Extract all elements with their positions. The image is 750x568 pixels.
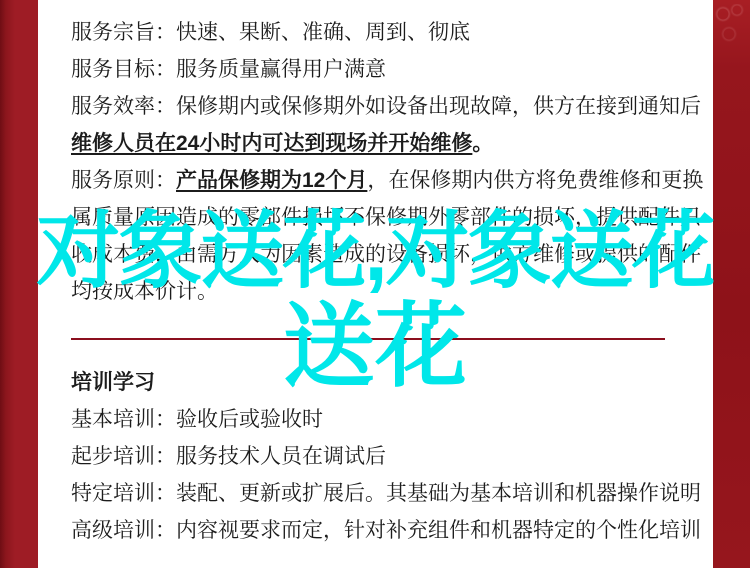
text-line: 高级培训：内容视要求而定，针对补充组件和机器特定的个性化培训 — [71, 512, 695, 549]
text-line: 服务原则：产品保修期为12个月，在保修期内供方将免费维修和更换 — [71, 162, 695, 199]
text-segment: 服务目标：服务质量赢得用户满意 — [71, 58, 386, 81]
service-section: 服务宗旨：快速、果断、准确、周到、彻底服务目标：服务质量赢得用户满意服务效率：保… — [71, 14, 695, 310]
text-line: 服务目标：服务质量赢得用户满意 — [71, 51, 695, 88]
text-line: 基本培训：验收后或验收时 — [71, 401, 695, 438]
text-segment: 属质量原因造成的零部件损坏不保修期外零部件的损坏，提供配件只 — [71, 206, 701, 229]
text-segment: 收成本费，由需方人为因素造成的设备损坏，供方维修或提供的配件 — [71, 243, 701, 266]
text-segment: 服务原则： — [71, 169, 176, 192]
training-heading: 培训学习 — [71, 364, 695, 401]
text-line: 均按成本价计。 — [71, 273, 695, 310]
right-red-border — [713, 0, 750, 568]
text-segment: 基本培训：验收后或验收时 — [71, 408, 323, 431]
document-content: 服务宗旨：快速、果断、准确、周到、彻底服务目标：服务质量赢得用户满意服务效率：保… — [71, 14, 695, 549]
text-segment: ，在保修期内供方将免费维修和更换 — [367, 169, 703, 192]
text-segment: 特定培训：装配、更新或扩展后。其基础为基本培训和机器操作说明 — [71, 482, 701, 505]
text-line: 特定培训：装配、更新或扩展后。其基础为基本培训和机器操作说明 — [71, 475, 695, 512]
document-page: 服务宗旨：快速、果断、准确、周到、彻底服务目标：服务质量赢得用户满意服务效率：保… — [0, 0, 750, 568]
text-segment: 维修人员在24小时内可达到现场并开始维修 — [71, 132, 472, 155]
text-segment: 产品保修期为12个月 — [176, 169, 367, 192]
left-red-border — [0, 0, 38, 568]
text-line: 起步培训：服务技术人员在调试后 — [71, 438, 695, 475]
text-segment: 高级培训：内容视要求而定，针对补充组件和机器特定的个性化培训 — [71, 519, 701, 542]
text-segment: 服务效率：保修期内或保修期外如设备出现故障，供方在接到通知后 — [71, 95, 701, 118]
text-segment: 服务宗旨：快速、果断、准确、周到、彻底 — [71, 21, 470, 44]
section-divider — [71, 338, 665, 340]
training-section: 基本培训：验收后或验收时起步培训：服务技术人员在调试后特定培训：装配、更新或扩展… — [71, 401, 695, 549]
text-segment: 起步培训：服务技术人员在调试后 — [71, 445, 386, 468]
text-line: 服务宗旨：快速、果断、准确、周到、彻底 — [71, 14, 695, 51]
text-segment: 均按成本价计。 — [71, 280, 218, 303]
text-line: 维修人员在24小时内可达到现场并开始维修。 — [71, 125, 695, 162]
text-line: 收成本费，由需方人为因素造成的设备损坏，供方维修或提供的配件 — [71, 236, 695, 273]
text-line: 属质量原因造成的零部件损坏不保修期外零部件的损坏，提供配件只 — [71, 199, 695, 236]
text-line: 服务效率：保修期内或保修期外如设备出现故障，供方在接到通知后 — [71, 88, 695, 125]
text-segment: 。 — [472, 132, 493, 155]
